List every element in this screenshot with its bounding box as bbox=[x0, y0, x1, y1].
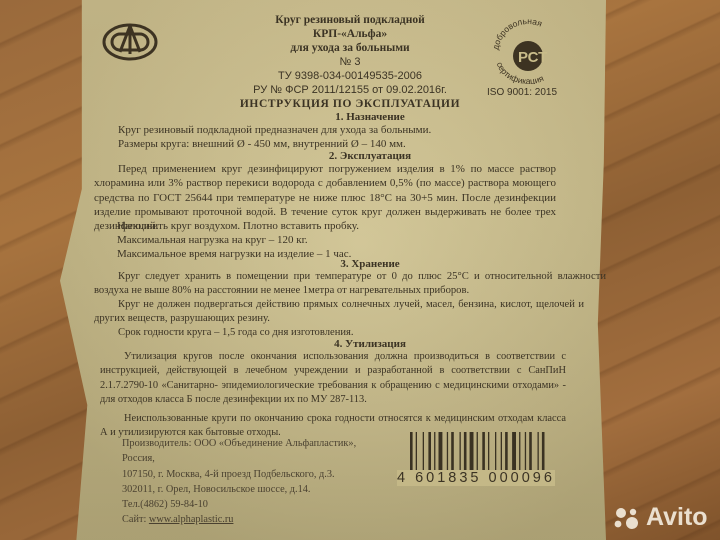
document-header: Круг резиновый подкладной КРП-«Альфа» дл… bbox=[200, 13, 500, 111]
rst-voluntary-certification-icon: добровольная сертификация РСТ bbox=[484, 14, 572, 84]
section-storage-paragraph: Круг не должен подвергаться действию пря… bbox=[94, 298, 584, 327]
product-model: КРП-«Альфа» bbox=[200, 27, 500, 41]
avito-brand: Avito bbox=[646, 503, 708, 532]
section-usage-paragraph: Максимальная нагрузка на круг – 120 кг. bbox=[117, 233, 308, 247]
section-title-disposal: 4. Утилизация bbox=[200, 338, 540, 350]
iso-label: ISO 9001: 2015 bbox=[487, 87, 557, 98]
site-label: Сайт: bbox=[122, 514, 146, 525]
section-title-purpose: 1. Назначение bbox=[200, 111, 540, 123]
alphaplastic-logo-icon bbox=[102, 22, 158, 62]
svg-text:РСТ: РСТ bbox=[518, 49, 547, 66]
manufacturer-info: Производитель: ООО «Объединение Альфапла… bbox=[122, 436, 356, 528]
section-usage-paragraph: Наполнить круг воздухом. Плотно вставить… bbox=[117, 219, 359, 233]
section-title-storage: 3. Хранение bbox=[200, 258, 540, 270]
document-title: ИНСТРУКЦИЯ ПО ЭКСПЛУАТАЦИИ bbox=[200, 97, 500, 111]
manufacturer-name: Производитель: ООО «Объединение Альфапла… bbox=[122, 436, 356, 451]
manufacturer-address-moscow: 107150, г. Москва, 4-й проезд Подбельско… bbox=[122, 467, 356, 482]
barcode-digits: 4 601835 000096 bbox=[397, 470, 555, 486]
product-purpose: для ухода за больными bbox=[200, 41, 500, 55]
registration-number: РУ № ФСР 2011/12155 от 09.02.2016г. bbox=[200, 83, 500, 97]
manufacturer-country: Россия, bbox=[122, 451, 356, 466]
section-title-usage: 2. Эксплуатация bbox=[200, 150, 540, 162]
avito-watermark: Avito bbox=[612, 503, 708, 532]
product-name: Круг резиновый подкладной bbox=[200, 13, 500, 27]
product-number: № 3 bbox=[200, 55, 500, 69]
section-storage-paragraph: Круг следует хранить в помещении при тем… bbox=[94, 270, 606, 299]
site-link[interactable]: www.alphaplastic.ru bbox=[149, 514, 234, 525]
tu-code: ТУ 9398-034-00149535-2006 bbox=[200, 69, 500, 83]
section-purpose-paragraph: Круг резиновый подкладной предназначен д… bbox=[118, 123, 431, 137]
manufacturer-phone: Тел.(4862) 59-84-10 bbox=[122, 497, 356, 512]
section-disposal-paragraph: Утилизация кругов после окончания исполь… bbox=[100, 350, 566, 407]
manufacturer-address-orel: 302011, г. Орел, Новосильское шоссе, д.1… bbox=[122, 482, 356, 497]
manufacturer-site: Сайт: www.alphaplastic.ru bbox=[122, 512, 356, 527]
avito-dots-icon bbox=[612, 506, 642, 530]
